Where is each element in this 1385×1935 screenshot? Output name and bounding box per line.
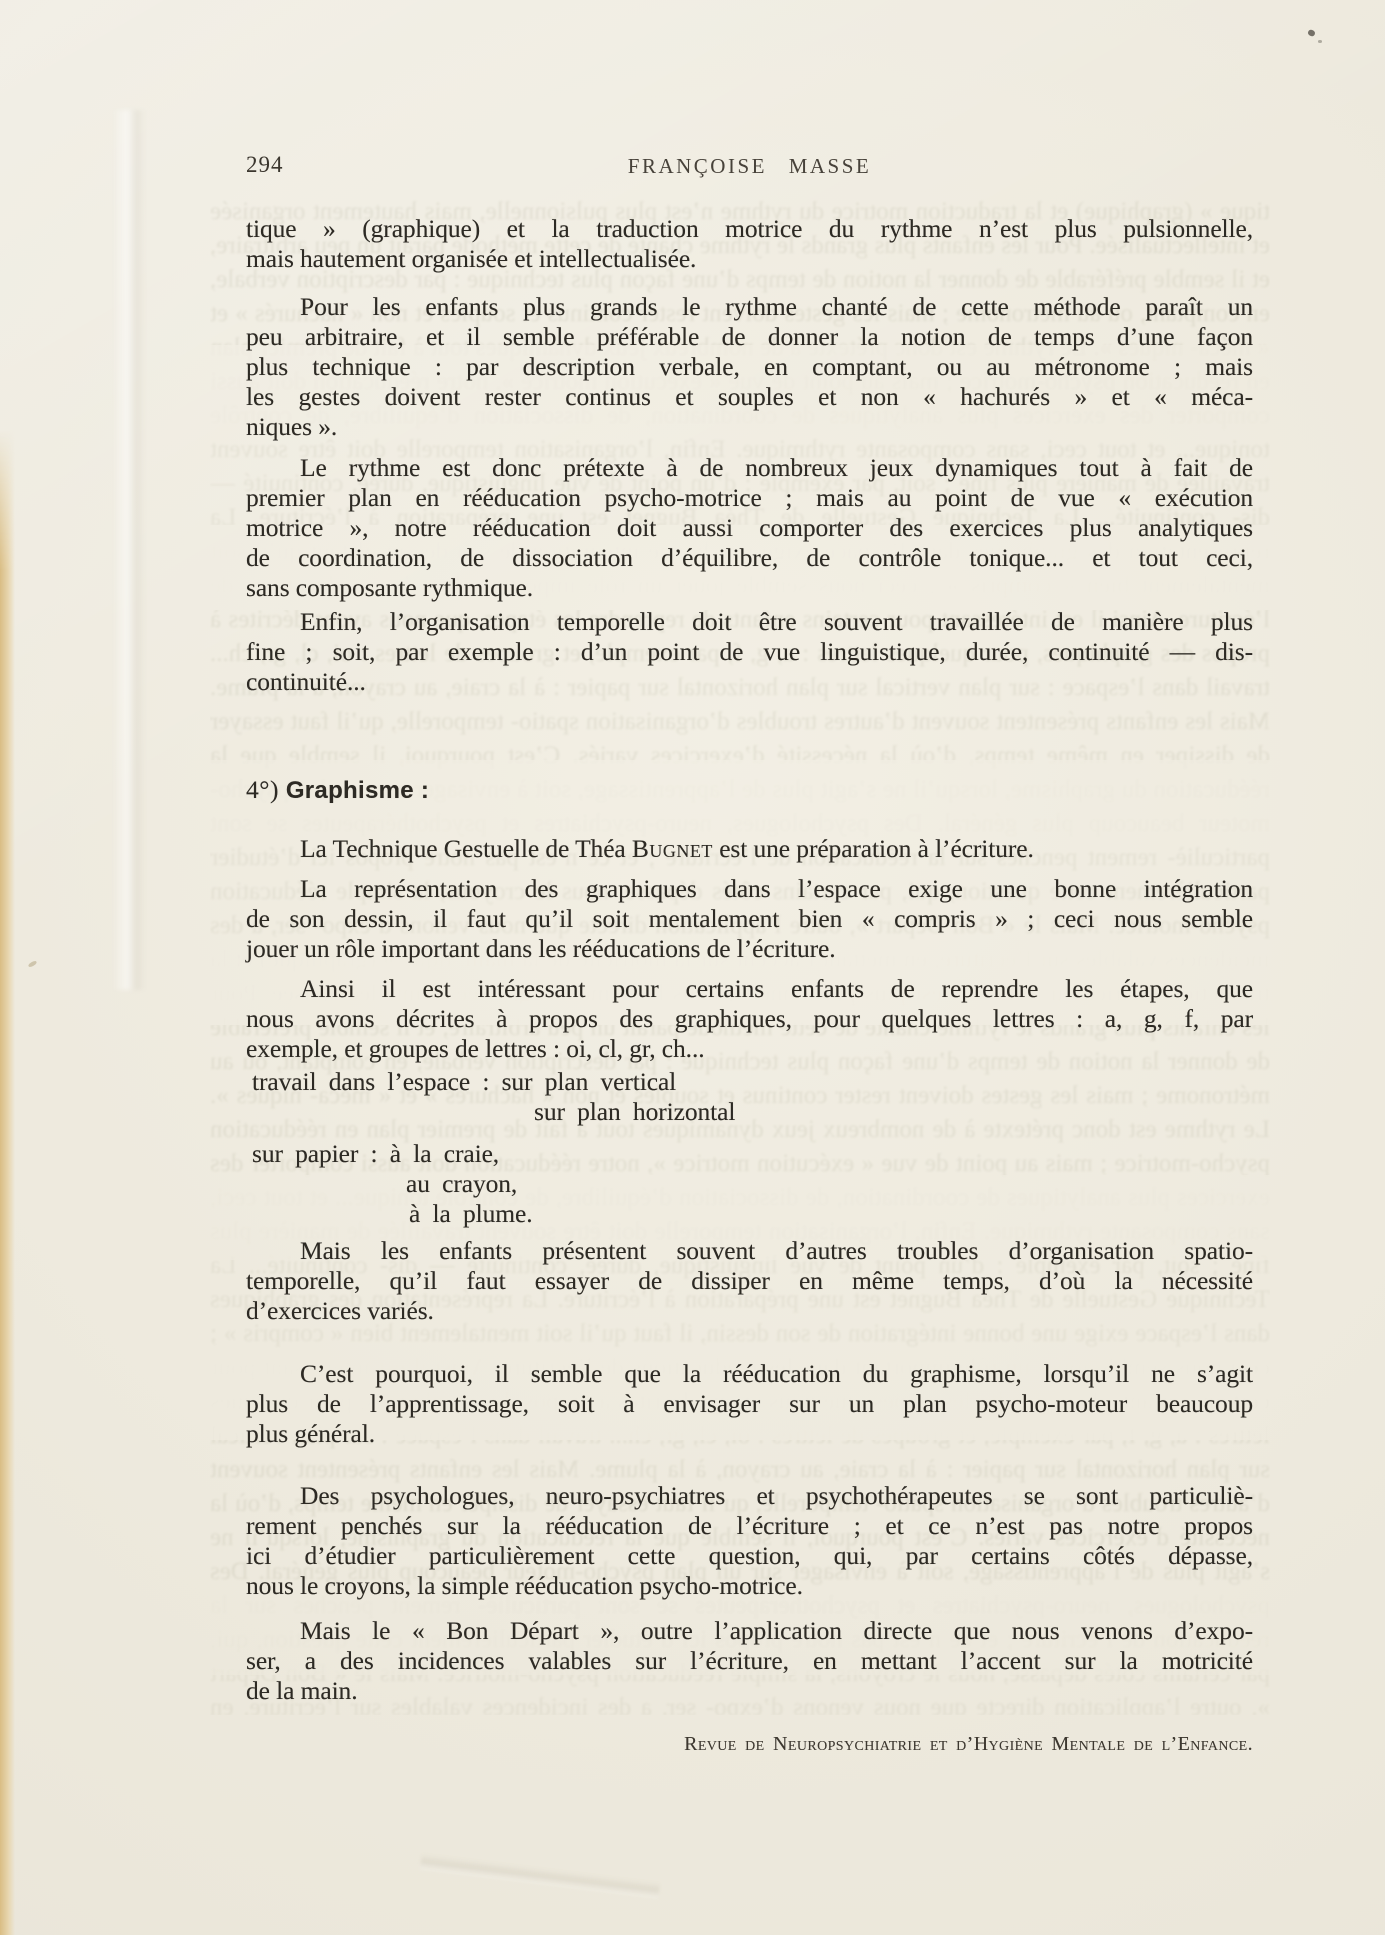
schematic-line: sur plan horizontal bbox=[246, 1097, 1253, 1127]
text-line: mais hautement organisée et intellectual… bbox=[246, 244, 1253, 274]
text-line: Mais les enfants présentent souvent d’au… bbox=[246, 1236, 1253, 1266]
text-line: La représentation des graphiques dans l’… bbox=[246, 874, 1253, 904]
page-header: 294 FRANÇOISE MASSE bbox=[246, 150, 1253, 184]
running-header-author: FRANÇOISE MASSE bbox=[246, 154, 1253, 179]
text-line: Mais le « Bon Départ », outre l’applicat… bbox=[246, 1616, 1253, 1646]
text-line: peu arbitraire, et il semble préférable … bbox=[246, 322, 1253, 352]
paragraph: Enfin, l’organisation temporelle doit êt… bbox=[246, 607, 1253, 697]
text-line: niques ». bbox=[246, 412, 1253, 442]
paragraph: Le rythme est donc prétexte à de nombreu… bbox=[246, 453, 1253, 603]
text-line: Ainsi il est intéressant pour certains e… bbox=[246, 974, 1253, 1004]
text-line: ici d’étudier particulièrement cette que… bbox=[246, 1541, 1253, 1571]
paragraph: Mais les enfants présentent souvent d’au… bbox=[246, 1236, 1253, 1326]
heading-label: Graphisme : bbox=[286, 777, 429, 804]
heading-number: 4°) bbox=[246, 775, 286, 804]
journal-footer: Revue de Neuropsychiatrie et d’Hygiène M… bbox=[246, 1733, 1253, 1756]
text-line: Pour les enfants plus grands le rythme c… bbox=[246, 292, 1253, 322]
text-line: Le rythme est donc prétexte à de nombreu… bbox=[246, 453, 1253, 483]
text-line: d’exercices variés. bbox=[246, 1296, 1253, 1326]
paragraph: Ainsi il est intéressant pour certains e… bbox=[246, 974, 1253, 1064]
text-line: tique » (graphique) et la traduction mot… bbox=[246, 214, 1253, 244]
paper-speck bbox=[1307, 29, 1316, 37]
paragraph: Des psychologues, neuro-psychiatres et p… bbox=[246, 1481, 1253, 1601]
text-line: sans composante rythmique. bbox=[246, 573, 1253, 603]
paragraph: C’est pourquoi, il semble que la rééduca… bbox=[246, 1359, 1253, 1449]
text-line: continuité... bbox=[246, 667, 1253, 697]
paper-fold-mark bbox=[420, 1853, 660, 1898]
paper-speck bbox=[1318, 40, 1322, 43]
text-line: nous le croyons, la simple rééducation p… bbox=[246, 1571, 1253, 1601]
text-line: rement penchés sur la rééducation de l’é… bbox=[246, 1511, 1253, 1541]
text-column: tique » (graphique) et la traduction mot… bbox=[246, 214, 1253, 1706]
text-line: plus de l’apprentissage, soit à envisage… bbox=[246, 1389, 1253, 1419]
schematic-line: travail dans l’espace : sur plan vertica… bbox=[246, 1067, 1253, 1097]
paper-crease bbox=[112, 110, 146, 990]
text-line: C’est pourquoi, il semble que la rééduca… bbox=[246, 1359, 1253, 1389]
text-line: motrice », notre rééducation doit aussi … bbox=[246, 513, 1253, 543]
text-line: les gestes doivent rester continus et so… bbox=[246, 382, 1253, 412]
text-line: nous avons décrites à propos des graphiq… bbox=[246, 1004, 1253, 1034]
text-line: de coordination, de dissociation d’équil… bbox=[246, 543, 1253, 573]
schematic-block: travail dans l’espace : sur plan vertica… bbox=[246, 1067, 1253, 1229]
paragraph: La Technique Gestuelle de Théa Bugnet es… bbox=[246, 834, 1253, 864]
text-line: ser, a des incidences valables sur l’écr… bbox=[246, 1646, 1253, 1676]
paper-speck bbox=[28, 960, 38, 968]
paragraph: Pour les enfants plus grands le rythme c… bbox=[246, 292, 1253, 442]
page-edge bbox=[0, 430, 15, 1935]
small-caps-name: Bugnet bbox=[632, 834, 713, 863]
text-line: premier plan en rééducation psycho-motri… bbox=[246, 483, 1253, 513]
schematic-line: à la plume. bbox=[246, 1199, 1253, 1229]
schematic-line: au crayon, bbox=[246, 1169, 1253, 1199]
text-line: plus général. bbox=[246, 1419, 1253, 1449]
text-line: temporelle, qu’il faut essayer de dissip… bbox=[246, 1266, 1253, 1296]
scanned-book-page: { "page": { "number": "294", "running_he… bbox=[0, 0, 1385, 1935]
paragraph: tique » (graphique) et la traduction mot… bbox=[246, 214, 1253, 274]
paragraph: La représentation des graphiques dans l’… bbox=[246, 874, 1253, 964]
text-line: plus technique : par description verbale… bbox=[246, 352, 1253, 382]
text-line: La Technique Gestuelle de Théa Bugnet es… bbox=[246, 834, 1253, 864]
schematic-line: sur papier : à la craie, bbox=[246, 1139, 1253, 1169]
text-line: de la main. bbox=[246, 1676, 1253, 1706]
text-line: Des psychologues, neuro-psychiatres et p… bbox=[246, 1481, 1253, 1511]
text-line: fine ; soit, par exemple : d’un point de… bbox=[246, 637, 1253, 667]
text-line: de son dessin, il faut qu’il soit mental… bbox=[246, 904, 1253, 934]
text-segment: est une préparation à l’écriture. bbox=[713, 834, 1034, 863]
text-line: jouer un rôle important dans les rééduca… bbox=[246, 934, 1253, 964]
text-line: exemple, et groupes de lettres : oi, cl,… bbox=[246, 1034, 1253, 1064]
section-heading: 4°) Graphisme : bbox=[246, 775, 1253, 806]
text-segment: La Technique Gestuelle de Théa bbox=[300, 834, 632, 863]
paragraph: Mais le « Bon Départ », outre l’applicat… bbox=[246, 1616, 1253, 1706]
text-line: Enfin, l’organisation temporelle doit êt… bbox=[246, 607, 1253, 637]
